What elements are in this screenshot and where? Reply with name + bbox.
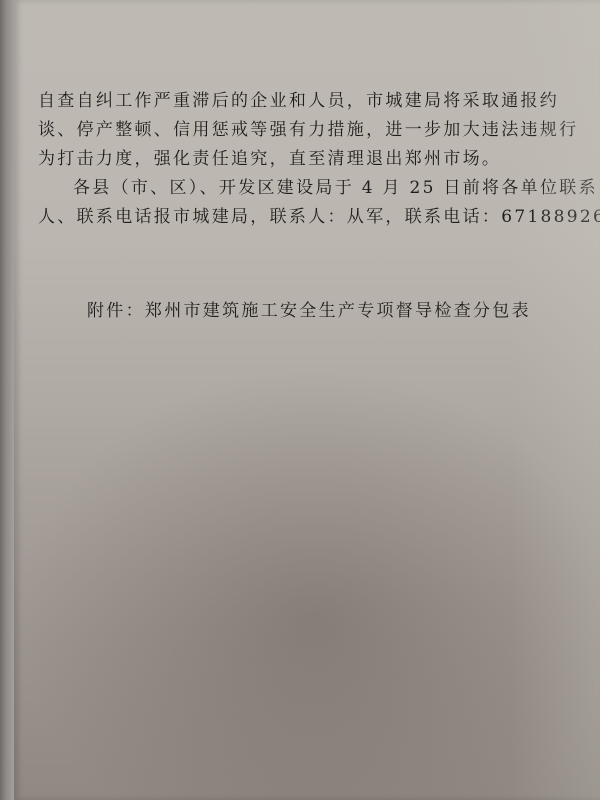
- paragraph-1-line-3: 为打击力度，强化责任追究，直至清理退出郑州市场。: [38, 145, 578, 174]
- paragraph-1-line-1: 自查自纠工作严重滞后的企业和人员，市城建局将采取通报约: [38, 87, 578, 116]
- paragraph-1-line-2: 谈、停产整顿、信用惩戒等强有力措施，进一步加大违法违规行: [38, 116, 578, 145]
- attachment-note: 附件：郑州市建筑施工安全生产专项督导检查分包表: [87, 296, 531, 321]
- body-text: 自查自纠工作严重滞后的企业和人员，市城建局将采取通报约 谈、停产整顿、信用惩戒等…: [38, 87, 578, 232]
- paragraph-2-line-2: 人、联系电话报市城建局，联系人：从军，联系电话：67188926。: [38, 203, 578, 232]
- paragraph-2-line-1: 各县（市、区）、开发区建设局于 4 月 25 日前将各单位联系: [38, 174, 578, 203]
- binder-edge: [0, 0, 14, 800]
- document-page: 自查自纠工作严重滞后的企业和人员，市城建局将采取通报约 谈、停产整顿、信用惩戒等…: [14, 0, 600, 800]
